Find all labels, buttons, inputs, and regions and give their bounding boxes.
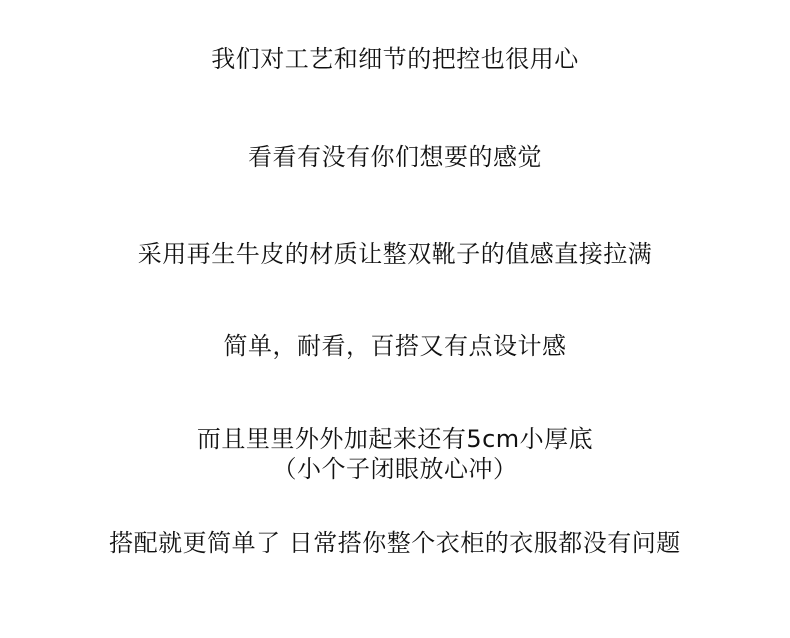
text-line-sole-height: 而且里里外外加起来还有5cm小厚底 — [0, 424, 790, 454]
text-line-material: 采用再生牛皮的材质让整双靴子的值感直接拉满 — [0, 239, 790, 269]
text-line-styling: 搭配就更简单了 日常搭你整个衣柜的衣服都没有问题 — [0, 528, 790, 558]
text-line-feeling: 看看有没有你们想要的感觉 — [0, 142, 790, 172]
text-line-craftsmanship: 我们对工艺和细节的把控也很用心 — [0, 44, 790, 74]
text-line-design: 简单，耐看，百搭又有点设计感 — [0, 331, 790, 361]
text-line-petite-note: （小个子闭眼放心冲） — [0, 454, 790, 484]
